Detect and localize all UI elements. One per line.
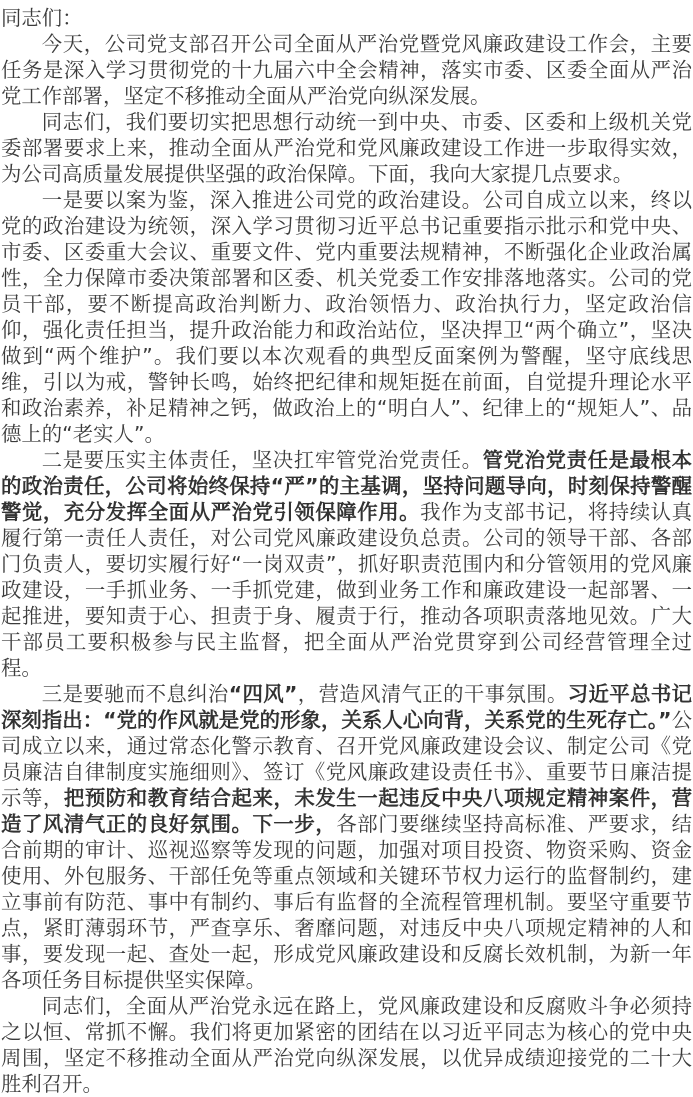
text-run: 各部门要继续坚持高标准、严要求，结合前期的审计、巡视巡察等发现的问题，加强对项目… — [1, 812, 692, 992]
paragraph: 同志们，我们要切实把思想行动统一到中央、市委、区委和上级机关党委部署要求上来，推… — [1, 109, 692, 187]
paragraph: 三是要驰而不息纠治“四风”，营造风清气正的干事氛围。习近平总书记深刻指出：“党的… — [1, 681, 692, 993]
document-page: 同志们： 今天，公司党支部召开公司全面从严治党暨党风廉政建设工作会，主要任务是深… — [0, 0, 693, 1097]
text-run: 今天，公司党支部召开公司全面从严治党暨党风廉政建设工作会，主要任务是深入学习贯彻… — [1, 32, 692, 108]
text-run: 同志们，全面从严治党永远在路上，党风廉政建设和反腐败斗争必须持之以恒、常抓不懈。… — [1, 994, 692, 1096]
text-run: 二是要压实主体责任，坚决扛牢管党治党责任。 — [42, 448, 483, 472]
text-run: 三是要驰而不息纠治 — [42, 682, 229, 706]
paragraph: 一是要以案为鉴，深入推进公司党的政治建设。公司自成立以来，终以党的政治建设为统领… — [1, 187, 692, 447]
paragraph: 二是要压实主体责任，坚决扛牢管党治党责任。管党治党责任是最根本的政治责任，公司将… — [1, 447, 692, 681]
paragraph: 同志们，全面从严治党永远在路上，党风廉政建设和反腐败斗争必须持之以恒、常抓不懈。… — [1, 993, 692, 1097]
text-run: 一是要以案为鉴，深入推进公司党的政治建设。公司自成立以来，终以党的政治建设为统领… — [1, 188, 692, 446]
bold-text-run: “四风” — [229, 682, 298, 706]
text-run: 我作为支部书记，将持续认真履行第一责任人责任，对公司党风廉政建设负总责。公司的领… — [1, 500, 692, 680]
text-run: ，营造风清气正的干事氛围。 — [297, 682, 567, 706]
text-run: 同志们，我们要切实把思想行动统一到中央、市委、区委和上级机关党委部署要求上来，推… — [1, 110, 692, 186]
paragraph: 今天，公司党支部召开公司全面从严治党暨党风廉政建设工作会，主要任务是深入学习贯彻… — [1, 31, 692, 109]
document-body: 今天，公司党支部召开公司全面从严治党暨党风廉政建设工作会，主要任务是深入学习贯彻… — [1, 31, 692, 1097]
salutation: 同志们： — [1, 5, 692, 31]
